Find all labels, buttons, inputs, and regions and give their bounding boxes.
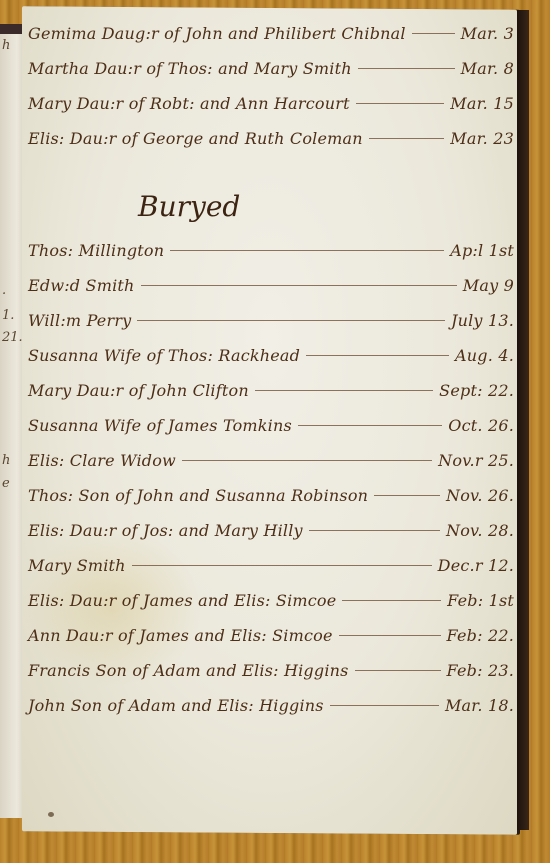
entry-date: Feb: 1st [447, 591, 518, 610]
entry-name: Thos: Millington [28, 241, 164, 260]
burial-entry: Susanna Wife of Thos: Rackhead Aug. 4. [28, 346, 518, 381]
entry-date: Nov. 28. [446, 521, 518, 540]
entry-name: Thos: Son of John and Susanna Robinson [28, 486, 368, 505]
entry-date: Mar. 23 [450, 129, 518, 148]
leader-line [374, 495, 440, 496]
entry-date: Nov. 26. [446, 486, 518, 505]
baptism-entry: Mary Dau:r of Robt: and Ann Harcourt Mar… [28, 94, 518, 129]
entry-date: Mar. 18. [445, 696, 518, 715]
entry-name: Susanna Wife of James Tomkins [28, 416, 292, 435]
leader-line [132, 565, 432, 566]
leader-line [412, 33, 455, 34]
entry-name: John Son of Adam and Elis: Higgins [28, 696, 324, 715]
burial-entry: Elis: Clare Widow Nov.r 25. [28, 451, 518, 486]
entry-name: Mary Dau:r of John Clifton [28, 381, 249, 400]
entry-name: Mary Dau:r of Robt: and Ann Harcourt [28, 94, 350, 113]
leader-line [141, 285, 457, 286]
burial-entry: Thos: Millington Ap:l 1st [28, 241, 518, 276]
leader-line [369, 138, 444, 139]
burial-entry: Susanna Wife of James Tomkins Oct. 26. [28, 416, 518, 451]
burial-entry: Edw:d Smith May 9 [28, 276, 518, 311]
entry-date: Mar. 8 [461, 59, 518, 78]
leader-line [358, 68, 455, 69]
leader-line [342, 600, 441, 601]
facing-page-fragment: e [2, 476, 10, 491]
entry-name: Elis: Dau:r of James and Elis: Simcoe [28, 591, 336, 610]
burial-entry: Mary Smith Dec.r 12. [28, 556, 518, 591]
entry-date: Sept: 22. [439, 381, 518, 400]
leader-line [137, 320, 445, 321]
book-cover-edge [517, 10, 529, 830]
leader-line [306, 355, 449, 356]
entry-name: Gemima Daug:r of John and Philibert Chib… [28, 24, 406, 43]
entry-name: Will:m Perry [28, 311, 131, 330]
entry-date: Dec.r 12. [438, 556, 518, 575]
entry-date: Mar. 15 [450, 94, 518, 113]
entry-name: Elis: Dau:r of George and Ruth Coleman [28, 129, 363, 148]
entry-name: Elis: Dau:r of Jos: and Mary Hilly [28, 521, 303, 540]
burial-entry: Mary Dau:r of John Clifton Sept: 22. [28, 381, 518, 416]
section-heading: Buryed [138, 190, 518, 223]
leader-line [355, 670, 441, 671]
baptism-entry: Martha Dau:r of Thos: and Mary Smith Mar… [28, 59, 518, 94]
leader-line [170, 250, 444, 251]
leader-line [255, 390, 433, 391]
entry-date: Mar. 3 [461, 24, 518, 43]
entry-date: Feb: 22. [447, 626, 518, 645]
entry-name: Susanna Wife of Thos: Rackhead [28, 346, 300, 365]
facing-page-fragment: 21. [2, 330, 23, 345]
entry-date: July 13. [451, 311, 518, 330]
burial-entry: Elis: Dau:r of James and Elis: Simcoe Fe… [28, 591, 518, 626]
burial-entry: Elis: Dau:r of Jos: and Mary Hilly Nov. … [28, 521, 518, 556]
entry-date: Feb: 23. [447, 661, 518, 680]
entry-date: Oct. 26. [448, 416, 518, 435]
entry-name: Francis Son of Adam and Elis: Higgins [28, 661, 349, 680]
facing-page-fragment: . [2, 283, 6, 298]
entry-date: Aug. 4. [455, 346, 518, 365]
entry-date: Nov.r 25. [438, 451, 518, 470]
leader-line [356, 103, 445, 104]
entry-date: Ap:l 1st [450, 241, 518, 260]
burial-entry: Ann Dau:r of James and Elis: Simcoe Feb:… [28, 626, 518, 661]
leader-line [298, 425, 442, 426]
burial-entry: Thos: Son of John and Susanna Robinson N… [28, 486, 518, 521]
baptism-entry: Elis: Dau:r of George and Ruth Coleman M… [28, 129, 518, 164]
leader-line [309, 530, 440, 531]
register-entries: Gemima Daug:r of John and Philibert Chib… [28, 24, 518, 731]
entry-name: Elis: Clare Widow [28, 451, 176, 470]
paper-blemish [48, 812, 54, 817]
entry-date: May 9 [463, 276, 518, 295]
facing-page-fragment: h [2, 453, 10, 468]
leader-line [339, 635, 441, 636]
leader-line [330, 705, 439, 706]
facing-page-fragment: h [2, 38, 10, 53]
entry-name: Martha Dau:r of Thos: and Mary Smith [28, 59, 352, 78]
entry-name: Mary Smith [28, 556, 126, 575]
entry-name: Ann Dau:r of James and Elis: Simcoe [28, 626, 333, 645]
burial-entry: John Son of Adam and Elis: Higgins Mar. … [28, 696, 518, 731]
burial-entry: Francis Son of Adam and Elis: Higgins Fe… [28, 661, 518, 696]
baptism-entry: Gemima Daug:r of John and Philibert Chib… [28, 24, 518, 59]
leader-line [182, 460, 432, 461]
entry-name: Edw:d Smith [28, 276, 135, 295]
burial-entry: Will:m Perry July 13. [28, 311, 518, 346]
facing-page-fragment: 1. [2, 308, 14, 323]
